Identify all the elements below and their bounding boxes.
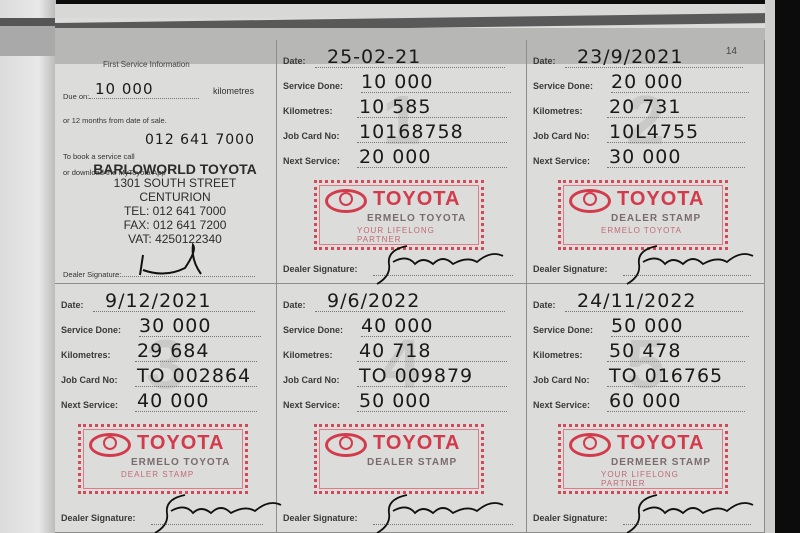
kilometres-label: Kilometres: xyxy=(283,106,333,116)
service-done-label: Service Done: xyxy=(283,325,343,335)
next-service-value: 60 000 xyxy=(609,390,681,412)
job-card-value: 10168758 xyxy=(359,121,464,143)
kilometres-label: Kilometres: xyxy=(533,106,583,116)
toyota-logo-icon xyxy=(89,433,131,457)
dealer-tel: TEL: 012 641 7000 xyxy=(85,204,265,218)
dealer-signature xyxy=(367,485,507,533)
job-card-label: Job Card No: xyxy=(61,375,118,385)
dealer-signature xyxy=(367,236,507,286)
dealer-address: BARLOWORLD TOYOTA 1301 SOUTH STREET CENT… xyxy=(85,162,265,246)
first-service-title: First Service Information xyxy=(103,60,190,69)
stamp-line-1: DERMEER STAMP xyxy=(611,457,711,468)
dealer-signature xyxy=(145,485,285,533)
service-done-label: Service Done: xyxy=(61,325,121,335)
next-service-label: Next Service: xyxy=(283,156,340,166)
due-on-value: 10 000 xyxy=(95,80,154,98)
service-done-value: 10 000 xyxy=(361,71,433,93)
dealer-city: CENTURION xyxy=(85,190,265,204)
kilometres-value: 20 731 xyxy=(609,96,681,118)
due-on-label: Due on: xyxy=(63,92,89,101)
job-card-label: Job Card No: xyxy=(283,375,340,385)
date-label: Date: xyxy=(283,56,306,66)
dealer-stamp: TOYOTA ERMELO TOYOTA DEALER STAMP xyxy=(78,424,248,494)
job-card-value: 10L4755 xyxy=(609,121,699,143)
dealer-name: BARLOWORLD TOYOTA xyxy=(85,162,265,176)
service-card-5: 5Date:24/11/2022Service Done:50 000Kilom… xyxy=(527,284,765,533)
service-done-value: 30 000 xyxy=(139,315,211,337)
left-page-band xyxy=(0,18,56,26)
service-grid: First Service Information Due on: 10 000… xyxy=(55,40,767,533)
job-card-value: TO 016765 xyxy=(609,365,723,387)
date-value: 9/6/2022 xyxy=(327,290,420,312)
next-service-label: Next Service: xyxy=(533,400,590,410)
next-service-label: Next Service: xyxy=(283,400,340,410)
date-value: 9/12/2021 xyxy=(105,290,211,312)
stamp-line-1: DEALER STAMP xyxy=(611,213,701,224)
signature-label: Dealer Signature: xyxy=(283,513,358,523)
stamp-line-1: ERMELO TOYOTA xyxy=(367,213,466,224)
date-label: Date: xyxy=(283,300,306,310)
next-service-value: 20 000 xyxy=(359,146,431,168)
next-service-label: Next Service: xyxy=(533,156,590,166)
next-service-label: Next Service: xyxy=(61,400,118,410)
next-service-value: 50 000 xyxy=(359,390,431,412)
stamp-brand: TOYOTA xyxy=(617,188,704,211)
stamp-line-2: ERMELO TOYOTA xyxy=(601,226,682,235)
service-done-label: Service Done: xyxy=(283,81,343,91)
toyota-logo-icon xyxy=(325,189,367,213)
dealer-signature xyxy=(617,485,757,533)
due-on-line xyxy=(89,98,199,99)
service-done-label: Service Done: xyxy=(533,325,593,335)
book-service-label: To book a service call xyxy=(63,152,135,161)
dealer-fax: FAX: 012 641 7200 xyxy=(85,218,265,232)
stamp-line-1: ERMELO TOYOTA xyxy=(131,457,230,468)
service-card-4: 4Date:9/6/2022Service Done:40 000Kilomet… xyxy=(277,284,527,533)
date-value: 25-02-21 xyxy=(327,46,421,68)
stamp-brand: TOYOTA xyxy=(137,432,224,455)
kilometres-label: Kilometres: xyxy=(61,350,111,360)
toyota-logo-icon xyxy=(569,189,611,213)
first-service-card: First Service Information Due on: 10 000… xyxy=(55,40,277,284)
stamp-line-2: DEALER STAMP xyxy=(121,470,194,479)
date-label: Date: xyxy=(533,300,556,310)
signature-label: Dealer Signature: xyxy=(63,270,121,279)
service-done-value: 50 000 xyxy=(611,315,683,337)
dealer-street: 1301 SOUTH STREET xyxy=(85,176,265,190)
service-card-3: 3Date:9/12/2021Service Done:30 000Kilome… xyxy=(55,284,277,533)
months-text: or 12 months from date of sale. xyxy=(63,116,167,125)
next-service-value: 40 000 xyxy=(137,390,209,412)
date-label: Date: xyxy=(533,56,556,66)
kilometres-value: 50 478 xyxy=(609,340,681,362)
dealer-signature xyxy=(135,240,215,280)
job-card-value: TO 009879 xyxy=(359,365,473,387)
signature-label: Dealer Signature: xyxy=(533,513,608,523)
dealer-stamp: TOYOTA DEALER STAMP xyxy=(314,424,484,494)
kilometres-value: 10 585 xyxy=(359,96,431,118)
toyota-logo-icon xyxy=(569,433,611,457)
signature-label: Dealer Signature: xyxy=(283,264,358,274)
left-page xyxy=(0,0,56,533)
signature-label: Dealer Signature: xyxy=(61,513,136,523)
service-done-value: 40 000 xyxy=(361,315,433,337)
job-card-label: Job Card No: xyxy=(533,131,590,141)
left-page-strip xyxy=(0,26,56,56)
kilometres-text: kilometres xyxy=(213,86,254,96)
service-card-2: 2Date:23/9/2021Service Done:20 000Kilome… xyxy=(527,40,765,284)
stamp-brand: TOYOTA xyxy=(373,188,460,211)
dealer-signature xyxy=(617,236,757,286)
toyota-logo-icon xyxy=(325,433,367,457)
kilometres-label: Kilometres: xyxy=(283,350,333,360)
job-card-label: Job Card No: xyxy=(533,375,590,385)
stamp-brand: TOYOTA xyxy=(617,432,704,455)
book-service-phone: 012 641 7000 xyxy=(145,132,255,148)
job-card-value: TO 002864 xyxy=(137,365,251,387)
stamp-line-1: DEALER STAMP xyxy=(367,457,457,468)
service-done-label: Service Done: xyxy=(533,81,593,91)
date-label: Date: xyxy=(61,300,84,310)
service-card-1: 1Date:25-02-21Service Done:10 000Kilomet… xyxy=(277,40,527,284)
stamp-brand: TOYOTA xyxy=(373,432,460,455)
kilometres-value: 40 718 xyxy=(359,340,431,362)
service-book-page: 14 First Service Information Due on: 10 … xyxy=(55,4,767,533)
next-service-value: 30 000 xyxy=(609,146,681,168)
date-value: 23/9/2021 xyxy=(577,46,683,68)
right-page-edge xyxy=(765,0,775,533)
dealer-stamp: TOYOTA DERMEER STAMP YOUR LIFELONG PARTN… xyxy=(558,424,728,494)
kilometres-value: 29 684 xyxy=(137,340,209,362)
job-card-label: Job Card No: xyxy=(283,131,340,141)
kilometres-label: Kilometres: xyxy=(533,350,583,360)
service-done-value: 20 000 xyxy=(611,71,683,93)
date-value: 24/11/2022 xyxy=(577,290,697,312)
signature-label: Dealer Signature: xyxy=(533,264,608,274)
